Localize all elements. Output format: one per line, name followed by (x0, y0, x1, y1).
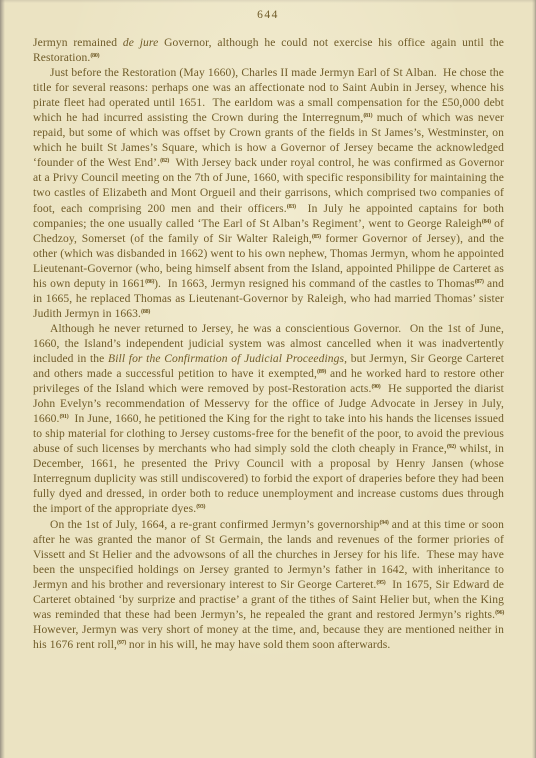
body-text: Jermyn remained (33, 37, 123, 49)
footnote-ref: (89) (317, 368, 326, 375)
footnote-ref: (96) (495, 609, 504, 616)
footnote-ref: (92) (447, 443, 456, 450)
footnote-ref: (87) (475, 278, 484, 285)
footnote-ref: (80) (90, 52, 99, 59)
page-text: Jermyn remained de jure Governor, althou… (33, 36, 504, 653)
footnote-ref: (85) (312, 233, 321, 240)
body-text: ). In 1663, Jermyn resigned his command … (154, 278, 475, 290)
footnote-ref: (81) (363, 112, 372, 119)
paragraph: Although he never returned to Jersey, he… (33, 322, 504, 518)
footnote-ref: (86) (145, 278, 154, 285)
paragraph: On the 1st of July, 1664, a re-grant con… (33, 518, 504, 653)
footnote-ref: (88) (141, 308, 150, 315)
footnote-ref: (83) (287, 203, 296, 210)
footnote-ref: (84) (482, 218, 491, 225)
paragraph: Jermyn remained de jure Governor, althou… (33, 36, 504, 66)
body-text: In June, 1660, he petitioned the King fo… (33, 413, 507, 455)
paragraph: Just before the Restoration (May 1660), … (33, 66, 504, 322)
footnote-ref: (95) (376, 579, 385, 586)
footnote-ref: (82) (160, 157, 169, 164)
page-number: 644 (0, 9, 536, 21)
body-text: nor in his will, he may have sold them s… (126, 639, 390, 651)
italic-text: Bill for the Confirmation of Judicial Pr… (108, 353, 344, 365)
body-text: On the 1st of July, 1664, a re-grant con… (50, 519, 380, 531)
footnote-ref: (93) (196, 503, 205, 510)
italic-text: de jure (123, 37, 158, 49)
footnote-ref: (97) (117, 639, 126, 646)
book-page: 644 Jermyn remained de jure Governor, al… (0, 0, 536, 758)
